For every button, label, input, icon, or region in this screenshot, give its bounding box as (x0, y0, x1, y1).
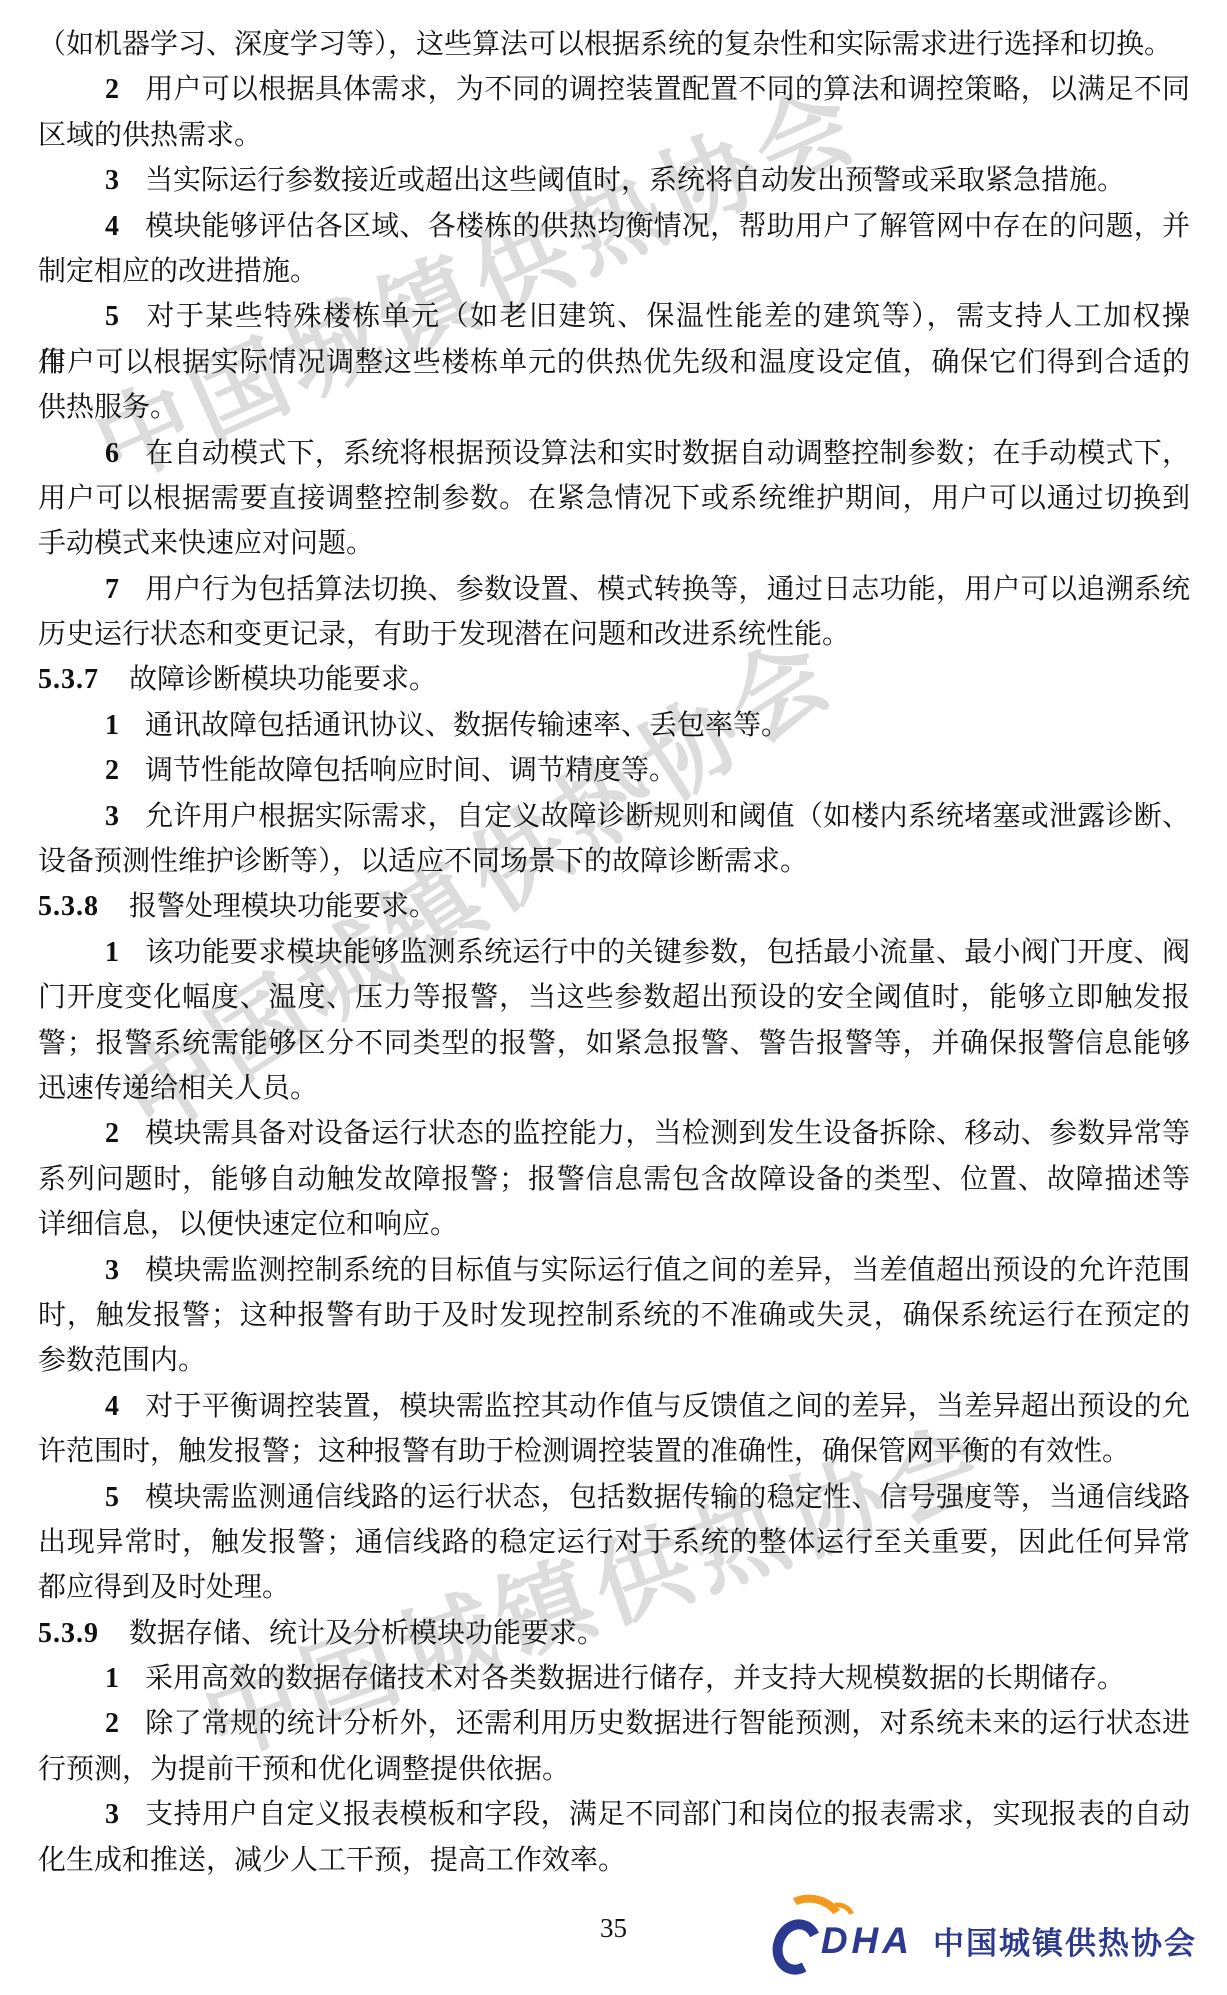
text-line: 警；报警系统需能够区分不同类型的报警，如紧急报警、警告报警等，并确保报警信息能够 (38, 1021, 1190, 1066)
item-number: 1 (105, 710, 119, 741)
line-text: 当实际运行参数接近或超出这些阈值时，系统将自动发出预警或采取紧急措施。 (145, 165, 1125, 196)
text-line: 3支持用户自定义报表模板和字段，满足不同部门和岗位的报表需求，实现报表的自动 (38, 1792, 1190, 1837)
text-line: （如机器学习、深度学习等），这些算法可以根据系统的复杂性和实际需求进行选择和切换… (38, 22, 1190, 67)
text-line: 1该功能要求模块能够监测系统运行中的关键参数，包括最小流量、最小阀门开度、阀 (38, 930, 1190, 975)
line-text: 采用高效的数据存储技术对各类数据进行储存，并支持大规模数据的长期储存。 (145, 1663, 1125, 1694)
line-text: 许范围时，触发报警；这种报警有助于检测调控装置的准确性，确保管网平衡的有效性。 (38, 1436, 1130, 1467)
line-text: 用户可以根据需要直接调整控制参数。在紧急情况下或系统维护期间，用户可以通过切换到 (38, 483, 1190, 514)
text-line: 参数范围内。 (38, 1338, 1190, 1383)
line-text: 系列问题时，能够自动触发故障报警；报警信息需包含故障设备的类型、位置、故障描述等 (38, 1164, 1190, 1195)
line-text: 门开度变化幅度、温度、压力等报警，当这些参数超出预设的安全阈值时，能够立即触发报 (38, 982, 1190, 1013)
line-text: 出现异常时，触发报警；通信线路的稳定运行对于系统的整体运行至关重要，因此任何异常 (38, 1527, 1190, 1558)
item-number: 5 (105, 1482, 119, 1513)
item-number: 6 (105, 438, 119, 469)
line-text: 除了常规的统计分析外，还需利用历史数据进行智能预测，对系统未来的运行状态进 (145, 1708, 1190, 1739)
text-line: 许范围时，触发报警；这种报警有助于检测调控装置的准确性，确保管网平衡的有效性。 (38, 1429, 1190, 1474)
line-text: 数据存储、统计及分析模块功能要求。 (129, 1618, 605, 1649)
line-text: 警；报警系统需能够区分不同类型的报警，如紧急报警、警告报警等，并确保报警信息能够 (38, 1028, 1190, 1059)
clause-number: 5.3.8 (38, 891, 99, 922)
text-line: 5模块需监测通信线路的运行状态，包括数据传输的稳定性、信号强度等，当通信线路 (38, 1475, 1190, 1520)
line-text: 化生成和推送，减少人工干预，提高工作效率。 (38, 1845, 626, 1876)
line-text: 用户行为包括算法切换、参数设置、模式转换等，通过日志功能，用户可以追溯系统 (145, 574, 1190, 605)
line-text: 在自动模式下，系统将根据预设算法和实时数据自动调整控制参数；在手动模式下， (145, 438, 1190, 469)
document-body: （如机器学习、深度学习等），这些算法可以根据系统的复杂性和实际需求进行选择和切换… (0, 0, 1227, 1883)
text-line: 出现异常时，触发报警；通信线路的稳定运行对于系统的整体运行至关重要，因此任何异常 (38, 1520, 1190, 1565)
item-number: 1 (105, 1663, 119, 1694)
line-text: 报警处理模块功能要求。 (129, 891, 437, 922)
item-number: 5 (105, 301, 119, 332)
item-number: 2 (105, 1708, 119, 1739)
text-line: 1通讯故障包括通讯协议、数据传输速率、丢包率等。 (38, 703, 1190, 748)
text-line: 4模块能够评估各区域、各楼栋的供热均衡情况，帮助用户了解管网中存在的问题，并 (38, 204, 1190, 249)
line-text: 该功能要求模块能够监测系统运行中的关键参数，包括最小流量、最小阀门开度、阀 (145, 937, 1190, 968)
item-number: 2 (105, 1118, 119, 1149)
line-text: 模块需监测控制系统的目标值与实际运行值之间的差异，当差值超出预设的允许范围 (145, 1255, 1190, 1286)
text-line: 迅速传递给相关人员。 (38, 1066, 1190, 1111)
item-number: 7 (105, 574, 119, 605)
text-line: 2除了常规的统计分析外，还需利用历史数据进行智能预测，对系统未来的运行状态进 (38, 1701, 1190, 1746)
item-number: 2 (105, 755, 119, 786)
line-text: 允许用户根据实际需求，自定义故障诊断规则和阈值（如楼内系统堵塞或泄露诊断、 (145, 801, 1190, 832)
line-text: 模块需具备对设备运行状态的监控能力，当检测到发生设备拆除、移动、参数异常等 (145, 1118, 1190, 1149)
text-line: 历史运行状态和变更记录，有助于发现潜在问题和改进系统性能。 (38, 612, 1190, 657)
line-text: 对于平衡调控装置，模块需监控其动作值与反馈值之间的差异，当差异超出预设的允 (145, 1391, 1190, 1422)
text-line: 时，触发报警；这种报警有助于及时发现控制系统的不准确或失灵，确保系统运行在预定的 (38, 1293, 1190, 1338)
line-text: 区域的供热需求。 (38, 120, 262, 151)
text-line: 行预测，为提前干预和优化调整提供依据。 (38, 1747, 1190, 1792)
line-text: 制定相应的改进措施。 (38, 256, 318, 287)
text-line: 2模块需具备对设备运行状态的监控能力，当检测到发生设备拆除、移动、参数异常等 (38, 1111, 1190, 1156)
text-line: 5.3.9数据存储、统计及分析模块功能要求。 (38, 1611, 1190, 1656)
line-text: 通讯故障包括通讯协议、数据传输速率、丢包率等。 (145, 710, 789, 741)
line-text: 迅速传递给相关人员。 (38, 1073, 318, 1104)
text-line: 手动模式来快速应对问题。 (38, 521, 1190, 566)
text-line: 化生成和推送，减少人工干预，提高工作效率。 (38, 1838, 1190, 1883)
text-line: 都应得到及时处理。 (38, 1565, 1190, 1610)
dha-logo-mark-icon (759, 1897, 833, 1969)
text-line: 7用户行为包括算法切换、参数设置、模式转换等，通过日志功能，用户可以追溯系统 (38, 567, 1190, 612)
text-line: 1采用高效的数据存储技术对各类数据进行储存，并支持大规模数据的长期储存。 (38, 1656, 1190, 1701)
text-line: 门开度变化幅度、温度、压力等报警，当这些参数超出预设的安全阈值时，能够立即触发报 (38, 975, 1190, 1020)
text-line: 详细信息，以便快速定位和响应。 (38, 1202, 1190, 1247)
text-line: 5.3.7故障诊断模块功能要求。 (38, 657, 1190, 702)
text-line: 供热服务。 (38, 385, 1190, 430)
line-text: 模块能够评估各区域、各楼栋的供热均衡情况，帮助用户了解管网中存在的问题，并 (145, 211, 1190, 242)
item-number: 3 (105, 1799, 119, 1830)
text-line: 2调节性能故障包括响应时间、调节精度等。 (38, 748, 1190, 793)
item-number: 4 (105, 1391, 119, 1422)
document-page: { "page": { "number": "35", "watermark_t… (0, 0, 1227, 1995)
line-text: （如机器学习、深度学习等），这些算法可以根据系统的复杂性和实际需求进行选择和切换… (38, 29, 1172, 60)
line-text: 行预测，为提前干预和优化调整提供依据。 (38, 1754, 570, 1785)
page-footer: 35 DHA 中国城镇供热协会 (0, 1895, 1227, 1975)
line-text: 模块需监测通信线路的运行状态，包括数据传输的稳定性、信号强度等，当通信线路 (145, 1482, 1190, 1513)
text-line: 4对于平衡调控装置，模块需监控其动作值与反馈值之间的差异，当差异超出预设的允 (38, 1384, 1190, 1429)
line-text: 手动模式来快速应对问题。 (38, 528, 374, 559)
line-text: 支持用户自定义报表模板和字段，满足不同部门和岗位的报表需求，实现报表的自动 (145, 1799, 1190, 1830)
line-text: 调节性能故障包括响应时间、调节精度等。 (145, 755, 677, 786)
line-text: 用户可以根据实际情况调整这些楼栋单元的供热优先级和温度设定值，确保它们得到合适的 (38, 347, 1190, 378)
line-text: 供热服务。 (38, 392, 178, 423)
text-line: 3当实际运行参数接近或超出这些阈值时，系统将自动发出预警或采取紧急措施。 (38, 158, 1190, 203)
text-line: 5对于某些特殊楼栋单元（如老旧建筑、保温性能差的建筑等），需支持人工加权操作， (38, 294, 1190, 339)
line-text: 参数范围内。 (38, 1345, 206, 1376)
text-line: 用户可以根据实际情况调整这些楼栋单元的供热优先级和温度设定值，确保它们得到合适的 (38, 340, 1190, 385)
line-text: 故障诊断模块功能要求。 (129, 664, 437, 695)
text-line: 3允许用户根据实际需求，自定义故障诊断规则和阈值（如楼内系统堵塞或泄露诊断、 (38, 794, 1190, 839)
line-text: 用户可以根据具体需求，为不同的调控装置配置不同的算法和调控策略，以满足不同 (145, 74, 1190, 105)
line-text: 时，触发报警；这种报警有助于及时发现控制系统的不准确或失灵，确保系统运行在预定的 (38, 1300, 1190, 1331)
item-number: 3 (105, 165, 119, 196)
text-line: 区域的供热需求。 (38, 113, 1190, 158)
text-line: 5.3.8报警处理模块功能要求。 (38, 884, 1190, 929)
line-text: 历史运行状态和变更记录，有助于发现潜在问题和改进系统性能。 (38, 619, 850, 650)
line-text: 详细信息，以便快速定位和响应。 (38, 1209, 458, 1240)
item-number: 3 (105, 1255, 119, 1286)
line-text: 都应得到及时处理。 (38, 1572, 290, 1603)
text-line: 6在自动模式下，系统将根据预设算法和实时数据自动调整控制参数；在手动模式下， (38, 431, 1190, 476)
clause-number: 5.3.7 (38, 664, 99, 695)
text-line: 设备预测性维护诊断等），以适应不同场景下的故障诊断需求。 (38, 839, 1190, 884)
text-line: 制定相应的改进措施。 (38, 249, 1190, 294)
clause-number: 5.3.9 (38, 1618, 99, 1649)
text-line: 系列问题时，能够自动触发故障报警；报警信息需包含故障设备的类型、位置、故障描述等 (38, 1157, 1190, 1202)
text-line: 3模块需监测控制系统的目标值与实际运行值之间的差异，当差值超出预设的允许范围 (38, 1248, 1190, 1293)
text-line: 用户可以根据需要直接调整控制参数。在紧急情况下或系统维护期间，用户可以通过切换到 (38, 476, 1190, 521)
association-logo: DHA 中国城镇供热协会 (759, 1897, 1197, 1969)
line-text: 设备预测性维护诊断等），以适应不同场景下的故障诊断需求。 (38, 846, 808, 877)
item-number: 2 (105, 74, 119, 105)
item-number: 4 (105, 211, 119, 242)
logo-name: 中国城镇供热协会 (933, 1918, 1197, 1963)
item-number: 1 (105, 937, 119, 968)
text-line: 2用户可以根据具体需求，为不同的调控装置配置不同的算法和调控策略，以满足不同 (38, 67, 1190, 112)
item-number: 3 (105, 801, 119, 832)
